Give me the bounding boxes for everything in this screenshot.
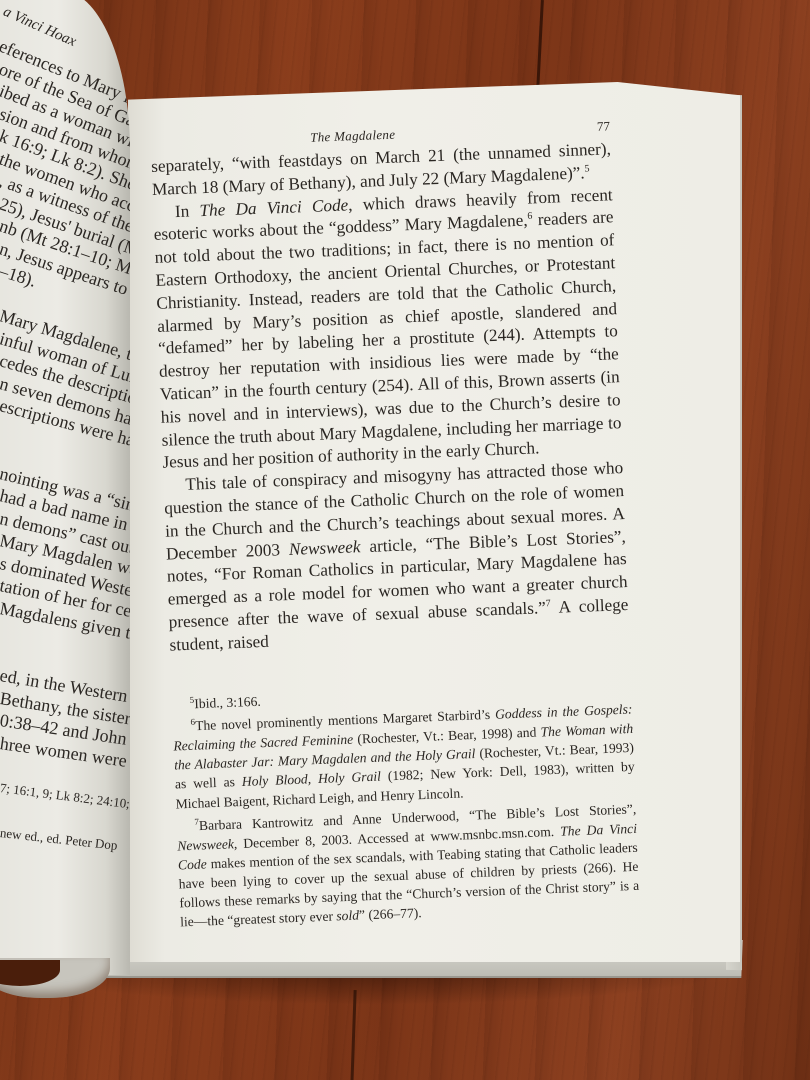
footnotes: 5Ibid., 3:166. 6The novel prominently me… [171,673,640,932]
left-page-text: a Vinci Hoax eferences to Mary fromore o… [0,0,130,844]
footnote-ref: 5 [584,163,589,174]
footnote: 6The novel prominently mentions Margaret… [172,696,635,813]
paragraph: In The Da Vinci Code, which draws heavil… [153,184,623,475]
left-page-curled: a Vinci Hoax eferences to Mary fromore o… [0,0,130,975]
right-page-content: The Magdalene 77 separately, “with feast… [150,118,640,932]
running-head-title: The Magdalene [310,127,396,146]
page-number: 77 [597,118,611,134]
paragraph: This tale of conspiracy and misogyny has… [163,457,630,657]
body-text: separately, “with feastdays on March 21 … [151,138,630,657]
footnote: 7Barbara Kantrowitz and Anne Underwood, … [176,796,640,932]
